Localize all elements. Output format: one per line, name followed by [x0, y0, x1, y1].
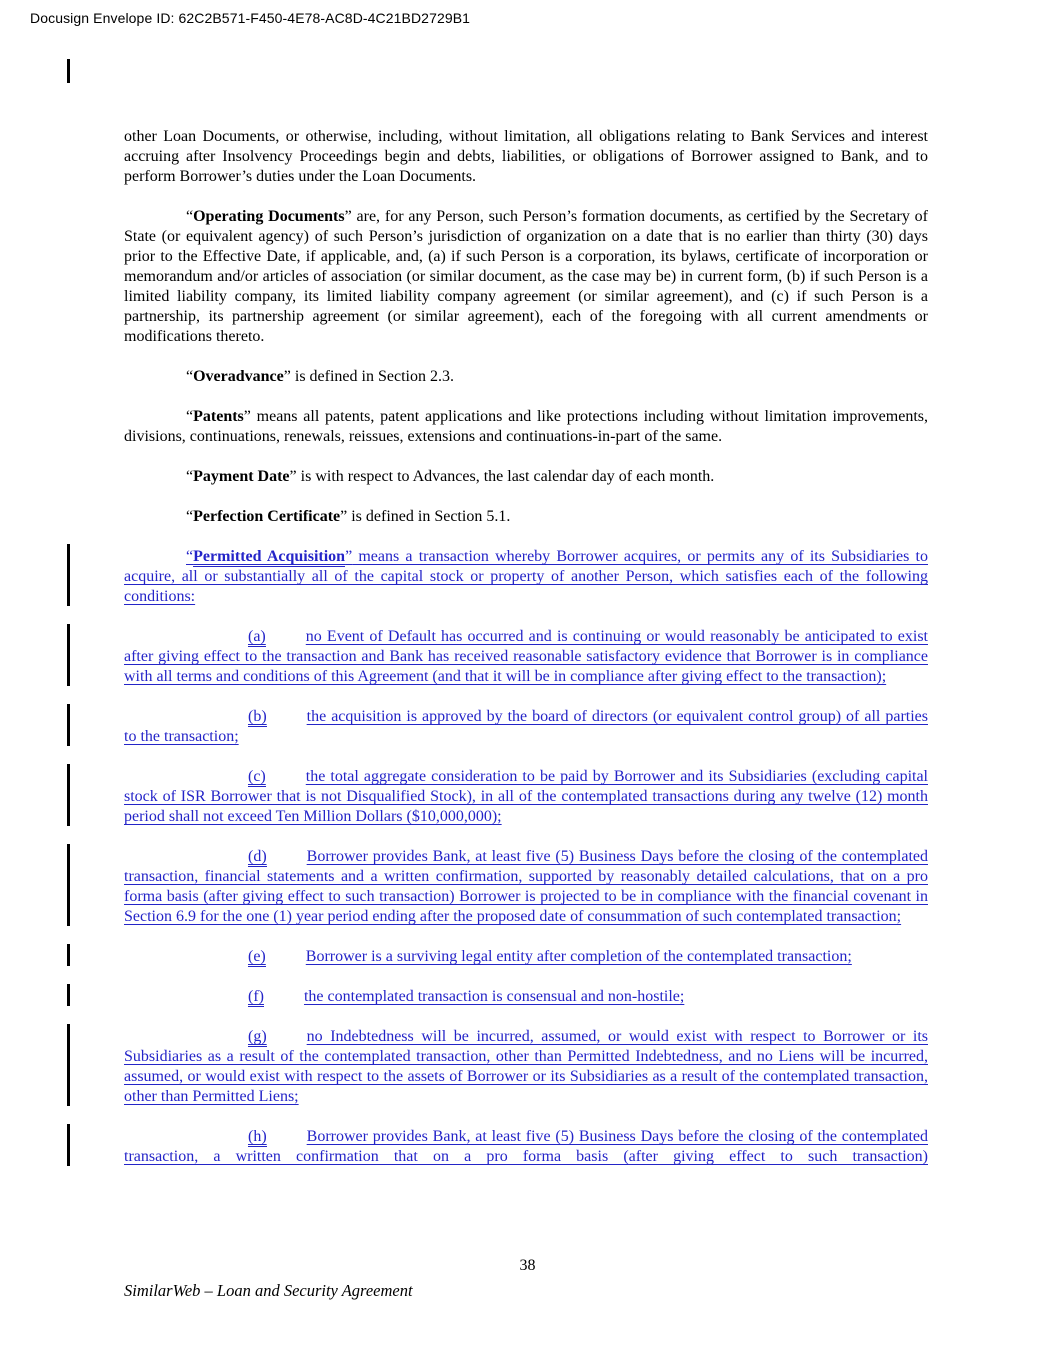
change-bar — [67, 704, 70, 746]
defined-term: Payment Date — [193, 468, 289, 485]
clause-b: (b)the acquisition is approved by the bo… — [124, 707, 928, 747]
close-quote: ” — [290, 468, 297, 485]
clause-a: (a)no Event of Default has occurred and … — [124, 627, 928, 687]
clause-f: (f)the contemplated transaction is conse… — [124, 987, 928, 1007]
clause-d: (d)Borrower provides Bank, at least five… — [124, 847, 928, 927]
definition-permitted-acquisition: “Permitted Acquisition” means a transact… — [124, 547, 928, 607]
defined-term: Perfection Certificate — [193, 508, 340, 525]
definition-overadvance: “Overadvance” is defined in Section 2.3. — [124, 367, 928, 387]
clause-label: (g) — [248, 1028, 267, 1047]
clause-label: (d) — [248, 848, 267, 867]
change-bar — [67, 944, 70, 966]
definition-operating-documents: “Operating Documents” are, for any Perso… — [124, 207, 928, 347]
definition-payment-date: “Payment Date” is with respect to Advanc… — [124, 467, 928, 487]
clause-label: (h) — [248, 1128, 267, 1147]
defined-term: Operating Documents — [193, 208, 344, 225]
change-bar — [67, 984, 70, 1006]
defined-term: Patents — [193, 408, 244, 425]
clause-h: (h)Borrower provides Bank, at least five… — [124, 1127, 928, 1167]
close-quote: ” — [340, 508, 347, 525]
change-bar — [67, 59, 70, 83]
change-bar — [67, 544, 70, 606]
defined-term: Permitted Acquisition — [193, 548, 345, 567]
close-quote: ” — [244, 408, 251, 425]
document-page: Docusign Envelope ID: 62C2B571-F450-4E78… — [0, 0, 1055, 1365]
defined-term: Overadvance — [193, 368, 284, 385]
clause-label: (e) — [248, 948, 266, 967]
close-quote: ” — [284, 368, 291, 385]
change-bar — [67, 1124, 70, 1166]
document-body: other Loan Documents, or otherwise, incl… — [124, 127, 928, 1187]
clause-e: (e)Borrower is a surviving legal entity … — [124, 947, 928, 967]
clause-g: (g)no Indebtedness will be incurred, ass… — [124, 1027, 928, 1107]
footer-doc-title: SimilarWeb – Loan and Security Agreement — [124, 1281, 413, 1301]
change-bar — [67, 764, 70, 826]
close-quote: ” — [345, 548, 352, 565]
definition-patents: “Patents” means all patents, patent appl… — [124, 407, 928, 447]
change-bar — [67, 624, 70, 686]
clause-label: (f) — [248, 988, 264, 1007]
clause-label: (a) — [248, 628, 266, 647]
clause-label: (b) — [248, 708, 267, 727]
close-quote: ” — [345, 208, 352, 225]
page-number: 38 — [0, 1257, 1055, 1275]
continuation-other-loan-documents: other Loan Documents, or otherwise, incl… — [124, 127, 928, 187]
definition-perfection-certificate: “Perfection Certificate” is defined in S… — [124, 507, 928, 527]
docusign-envelope-id: Docusign Envelope ID: 62C2B571-F450-4E78… — [30, 10, 470, 26]
clause-label: (c) — [248, 768, 266, 787]
change-bar — [67, 844, 70, 926]
change-bar — [67, 1024, 70, 1106]
clause-c: (c)the total aggregate consideration to … — [124, 767, 928, 827]
